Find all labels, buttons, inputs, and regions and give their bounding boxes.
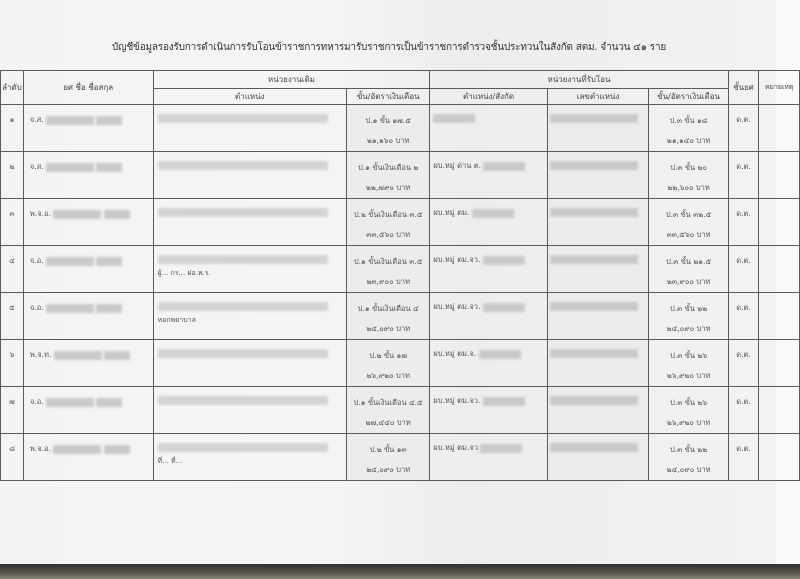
person-name: พ.จ.ท.: [23, 340, 153, 387]
redacted-unit: [472, 209, 514, 218]
transfer-table: ลำดับ ยศ ชื่อ ชื่อสกุล หน่วยงานเดิม หน่ว…: [0, 70, 800, 481]
header-new-position: ตำแหน่ง/สังกัด: [430, 89, 547, 105]
original-position: [153, 387, 347, 434]
row-number: ๓: [1, 199, 24, 246]
new-rate: ป.๓ ขั้น ๒๒๒๔,๐๙๐ บาท: [649, 293, 728, 340]
new-rank: ด.ต.: [728, 293, 759, 340]
new-rate: ป.๓ ขั้น ๒๒๒๔,๐๙๐ บาท: [649, 434, 728, 481]
new-rank: ด.ต.: [728, 152, 759, 199]
redacted-position: [158, 114, 328, 123]
redacted-name: [54, 351, 102, 360]
header-rank: ชั้นยศ: [728, 71, 759, 105]
redacted-unit: [479, 350, 521, 359]
remark: [759, 199, 800, 246]
person-name: พ.จ.อ.: [23, 199, 153, 246]
redacted-name: [46, 163, 94, 172]
redacted-position: [158, 443, 328, 452]
redacted-name: [46, 398, 94, 407]
header-original-position: ตำแหน่ง: [153, 89, 347, 105]
row-number: ๗: [1, 387, 24, 434]
new-unit: ผบ.หมู่ ตม.จว.: [430, 246, 547, 293]
table-row: ๓ พ.จ.อ. ป.๒ ขั้นเงินเดือน ๓.๕๓๓,๕๖๐ บาท…: [1, 199, 800, 246]
new-unit: [430, 105, 547, 152]
position-number: [547, 246, 649, 293]
original-rate: ป.๒ ขั้น ๑๓๒๔,๐๙๐ บาท: [347, 434, 430, 481]
new-rate: ป.๓ ขั้น ๒๖๒๖,๙๒๐ บาท: [649, 387, 728, 434]
document-title: บัญชีข้อมูลรองรับการดำเนินการรับโอนข้ารา…: [112, 40, 702, 55]
new-unit: ผบ.หมู่ ตม.จว.: [430, 387, 547, 434]
table-row: ๗ จ.อ. ป.๑ ขั้นเงินเดือน ๔.๕๒๗,๔๔๐ บาท ผ…: [1, 387, 800, 434]
original-position: หอกพยาบาล: [153, 293, 347, 340]
person-name: จ.ส.: [23, 152, 153, 199]
header-name: ยศ ชื่อ ชื่อสกุล: [23, 71, 153, 105]
redacted-surname: [104, 351, 130, 360]
redacted-surname: [96, 398, 122, 407]
position-number: [547, 152, 649, 199]
redacted-position: [158, 302, 328, 311]
table-row: ๑ จ.ส. ป.๑ ขั้น ๑๗.๕๒๑,๑๖๐ บาท ป.๓ ขั้น …: [1, 105, 800, 152]
new-unit: ผบ.หมู่ ด่าน ต.: [430, 152, 547, 199]
remark: [759, 105, 800, 152]
redacted-position: [158, 255, 328, 264]
original-rate: ป.๑ ขั้นเงินเดือน ๔๒๔,๐๙๐ บาท: [347, 293, 430, 340]
position-number: [547, 387, 649, 434]
person-name: จ.อ.: [23, 246, 153, 293]
new-rate: ป.๓ ขั้น ๓๒.๕๓๓,๕๖๐ บาท: [649, 199, 728, 246]
remark: [759, 246, 800, 293]
new-rank: ด.ต.: [728, 199, 759, 246]
redacted-surname: [96, 257, 122, 266]
redacted-name: [46, 304, 94, 313]
original-position: [153, 340, 347, 387]
redacted-name: [53, 445, 101, 454]
new-rank: ด.ต.: [728, 105, 759, 152]
new-rank: ด.ต.: [728, 340, 759, 387]
original-position: ที่... ที่...: [153, 434, 347, 481]
person-name: พ.จ.อ.: [23, 434, 153, 481]
redacted-name: [46, 116, 94, 125]
remark: [759, 293, 800, 340]
position-number: [547, 105, 649, 152]
original-position: ผู้... กร... ฝอ.พ.ร.: [153, 246, 347, 293]
header-original-unit: หน่วยงานเดิม: [153, 71, 430, 89]
new-rate: ป.๓ ขั้น ๒๖๒๖,๙๒๐ บาท: [649, 340, 728, 387]
header-receiving-unit: หน่วยงานที่รับโอน: [430, 71, 728, 89]
header-remark: หมายเหตุ: [759, 71, 800, 105]
redacted-position: [158, 396, 328, 405]
person-name: จ.อ.: [23, 387, 153, 434]
new-rank: ด.ต.: [728, 387, 759, 434]
position-number: [547, 199, 649, 246]
redacted-unit: [480, 444, 522, 453]
original-position: [153, 152, 347, 199]
row-number: ๘: [1, 434, 24, 481]
table-row: ๕ จ.อ. หอกพยาบาล ป.๑ ขั้นเงินเดือน ๔๒๔,๐…: [1, 293, 800, 340]
row-number: ๔: [1, 246, 24, 293]
table-row: ๒ จ.ส. ป.๑ ขั้นเงินเดือน ๒๒๒,๗๙๐ บาท ผบ.…: [1, 152, 800, 199]
original-rate: ป.๒ ขั้นเงินเดือน ๓.๕๓๓,๕๖๐ บาท: [347, 199, 430, 246]
original-position: [153, 199, 347, 246]
redacted-position-number: [550, 114, 638, 123]
row-number: ๑: [1, 105, 24, 152]
original-position: [153, 105, 347, 152]
remark: [759, 434, 800, 481]
remark: [759, 152, 800, 199]
new-rate: ป.๓ ขั้น ๒๑.๕๒๓,๙๐๐ บาท: [649, 246, 728, 293]
header-new-rate: ขั้น/อัตราเงินเดือน: [649, 89, 728, 105]
background-surface: [0, 564, 800, 579]
new-rank: ด.ต.: [728, 246, 759, 293]
redacted-surname: [104, 445, 130, 454]
redacted-position: [158, 349, 328, 358]
original-rate: ป.๒ ขั้น ๑๗๒๖,๙๒๐ บาท: [347, 340, 430, 387]
redacted-position: [158, 161, 328, 170]
redacted-name: [53, 210, 101, 219]
redacted-name: [46, 257, 94, 266]
new-unit: ผบ.หมู่ ตม.จว: [430, 434, 547, 481]
original-rate: ป.๑ ขั้นเงินเดือน ๔.๕๒๗,๔๔๐ บาท: [347, 387, 430, 434]
redacted-unit: [483, 303, 525, 312]
redacted-surname: [104, 210, 130, 219]
redacted-unit: [483, 256, 525, 265]
redacted-surname: [96, 304, 122, 313]
redacted-position-number: [550, 349, 638, 358]
redacted-surname: [96, 163, 122, 172]
header-no: ลำดับ: [1, 71, 24, 105]
person-name: จ.อ.: [23, 293, 153, 340]
position-number: [547, 434, 649, 481]
table-row: ๘ พ.จ.อ. ที่... ที่... ป.๒ ขั้น ๑๓๒๔,๐๙๐…: [1, 434, 800, 481]
new-rate: ป.๓ ขั้น ๑๘๒๑,๑๔๐ บาท: [649, 105, 728, 152]
redacted-position-number: [550, 396, 638, 405]
original-rate: ป.๑ ขั้นเงินเดือน ๓.๕๒๓,๙๐๐ บาท: [347, 246, 430, 293]
redacted-unit: [483, 162, 525, 171]
header-position-number: เลขตำแหน่ง: [547, 89, 649, 105]
person-name: จ.ส.: [23, 105, 153, 152]
position-number: [547, 293, 649, 340]
table-row: ๖ พ.จ.ท. ป.๒ ขั้น ๑๗๒๖,๙๒๐ บาท ผบ.หมู่ ต…: [1, 340, 800, 387]
new-rate: ป.๓ ขั้น ๒๐๒๒,๖๐๐ บาท: [649, 152, 728, 199]
row-number: ๒: [1, 152, 24, 199]
table-row: ๔ จ.อ. ผู้... กร... ฝอ.พ.ร. ป.๑ ขั้นเงิน…: [1, 246, 800, 293]
redacted-unit: [483, 397, 525, 406]
remark: [759, 340, 800, 387]
redacted-position: [158, 208, 328, 217]
remark: [759, 387, 800, 434]
redacted-position-number: [550, 302, 638, 311]
new-unit: ผบ.หมู่ ตม.จว.: [430, 293, 547, 340]
new-unit: ผบ.หมู่ ตม.: [430, 199, 547, 246]
redacted-unit: [433, 114, 475, 123]
redacted-surname: [96, 116, 122, 125]
original-rate: ป.๑ ขั้น ๑๗.๕๒๑,๑๖๐ บาท: [347, 105, 430, 152]
row-number: ๖: [1, 340, 24, 387]
original-rate: ป.๑ ขั้นเงินเดือน ๒๒๒,๗๙๐ บาท: [347, 152, 430, 199]
redacted-position-number: [550, 255, 638, 264]
position-number: [547, 340, 649, 387]
header-original-rate: ขั้น/อัตราเงินเดือน: [347, 89, 430, 105]
new-unit: ผบ.หมู่ ตม.จ.: [430, 340, 547, 387]
redacted-position-number: [550, 161, 638, 170]
redacted-position-number: [550, 208, 638, 217]
new-rank: ด.ต.: [728, 434, 759, 481]
row-number: ๕: [1, 293, 24, 340]
redacted-position-number: [550, 443, 638, 452]
